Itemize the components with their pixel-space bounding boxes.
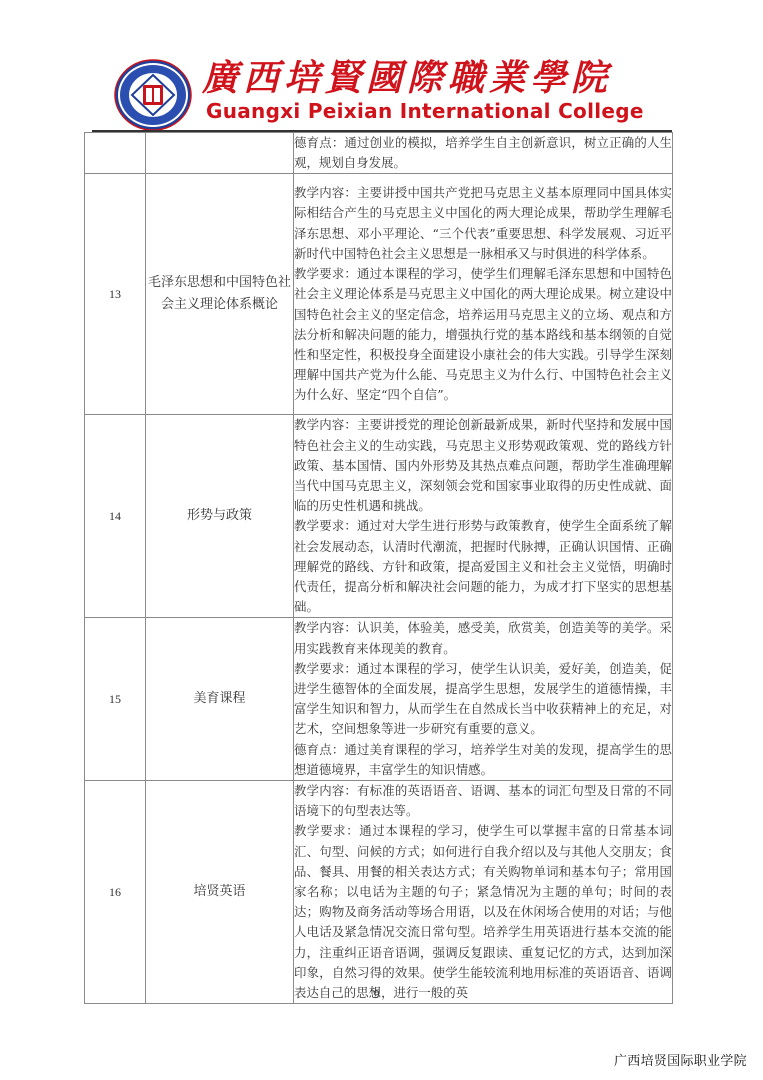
course-number: 16 bbox=[85, 781, 146, 1004]
course-description: 教学内容：主要讲授中国共产党把马克思主义基本原理同中国具体实际相结合产生的马克思… bbox=[294, 174, 673, 415]
course-number bbox=[85, 133, 146, 174]
course-description: 教学内容：有标准的英语语音、语调、基本的词汇句型及日常的不同语境下的句型表达等。… bbox=[294, 781, 673, 1004]
course-number: 14 bbox=[85, 415, 146, 618]
table-row: 15 美育课程 教学内容：认识美，体验美，感受美，欣赏美，创造美等的美学。采用实… bbox=[85, 618, 673, 781]
course-description: 德育点：通过创业的模拟，培养学生自主创新意识，树立正确的人生观，规划自身发展。 bbox=[294, 133, 673, 174]
description-paragraph: 教学内容：有标准的英语语音、语调、基本的词汇句型及日常的不同语境下的句型表达等。 bbox=[294, 781, 672, 821]
curriculum-table: 德育点：通过创业的模拟，培养学生自主创新意识，树立正确的人生观，规划自身发展。 … bbox=[84, 132, 673, 1004]
course-name: 美育课程 bbox=[146, 618, 294, 781]
course-number: 15 bbox=[85, 618, 146, 781]
table-row: 16 培贤英语 教学内容：有标准的英语语音、语调、基本的词汇句型及日常的不同语境… bbox=[85, 781, 673, 1004]
description-paragraph: 教学内容：主要讲授中国共产党把马克思主义基本原理同中国具体实际相结合产生的马克思… bbox=[294, 183, 672, 264]
page-number: 9 bbox=[373, 988, 380, 1001]
college-name-english: Guangxi Peixian International College bbox=[206, 99, 644, 123]
description-paragraph: 教学内容：认识美，体验美，感受美，欣赏美，创造美等的美学。采用实践教育来体现美的… bbox=[294, 618, 672, 658]
document-header: 廣西培賢國際職業學院 Guangxi Peixian International… bbox=[0, 0, 763, 132]
description-paragraph: 教学要求：通过本课程的学习，使学生们理解毛泽东思想和中国特色社会主义理论体系是马… bbox=[294, 264, 672, 405]
course-name bbox=[146, 133, 294, 174]
footer-college-name: 广西培贤国际职业学院 bbox=[614, 1050, 747, 1069]
course-description: 教学内容：认识美，体验美，感受美，欣赏美，创造美等的美学。采用实践教育来体现美的… bbox=[294, 618, 673, 781]
course-description: 教学内容：主要讲授党的理论创新最新成果，新时代坚持和发展中国特色社会主义的生动实… bbox=[294, 415, 673, 618]
course-name: 培贤英语 bbox=[146, 781, 294, 1004]
table-row: 德育点：通过创业的模拟，培养学生自主创新意识，树立正确的人生观，规划自身发展。 bbox=[85, 133, 673, 174]
description-paragraph: 教学要求：通过本课程的学习，使学生认识美，爱好美，创造美，促进学生德智体的全面发… bbox=[294, 659, 672, 740]
college-emblem-icon bbox=[114, 58, 192, 132]
description-paragraph: 教学要求：通过本课程的学习，使学生可以掌握丰富的日常基本词汇、句型、问候的方式；… bbox=[294, 821, 672, 1003]
course-name: 毛泽东思想和中国特色社会主义理论体系概论 bbox=[146, 174, 294, 415]
college-name-chinese: 廣西培賢國際職業學院 bbox=[202, 58, 612, 98]
table-row: 14 形势与政策 教学内容：主要讲授党的理论创新最新成果，新时代坚持和发展中国特… bbox=[85, 415, 673, 618]
description-paragraph: 德育点：通过创业的模拟，培养学生自主创新意识，树立正确的人生观，规划自身发展。 bbox=[294, 133, 672, 173]
description-paragraph: 教学内容：主要讲授党的理论创新最新成果，新时代坚持和发展中国特色社会主义的生动实… bbox=[294, 415, 672, 516]
course-name: 形势与政策 bbox=[146, 415, 294, 618]
table-row: 13 毛泽东思想和中国特色社会主义理论体系概论 教学内容：主要讲授中国共产党把马… bbox=[85, 174, 673, 415]
description-paragraph: 教学要求：通过对大学生进行形势与政策教育，使学生全面系统了解社会发展动态，认清时… bbox=[294, 516, 672, 617]
description-paragraph: 德育点：通过美育课程的学习，培养学生对美的发现，提高学生的思想道德境界，丰富学生… bbox=[294, 740, 672, 780]
course-number: 13 bbox=[85, 174, 146, 415]
